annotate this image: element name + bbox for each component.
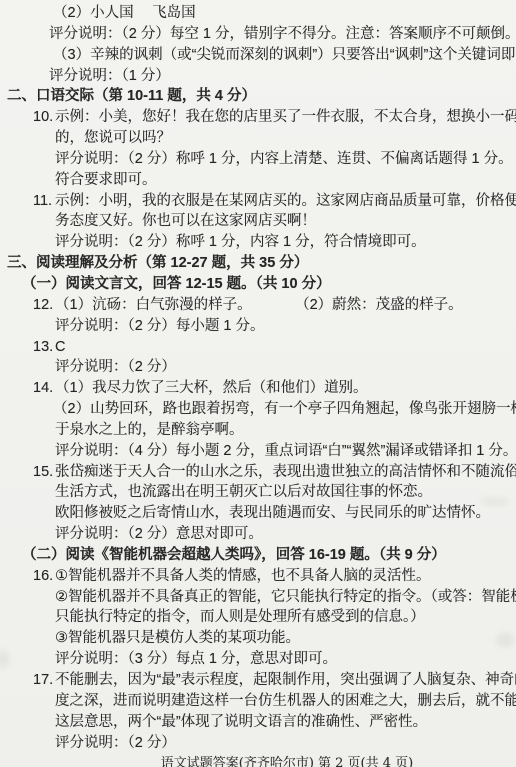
text-line: 评分说明：（2 分）意思对即可。	[0, 524, 516, 545]
item-number: 11.	[33, 191, 52, 212]
line-text: 符合要求即可。	[55, 170, 157, 191]
line-text: 评分说明：（2 分）称呼 1 分，内容上清楚、连贯、不偏离话题得 1 分。	[55, 149, 513, 170]
text-line: 生活方式，也流露出在明王朝灭亡以后对故国往事的怀恋。	[0, 482, 516, 503]
text-line: 10.示例：小美，您好！我在您的店里买了一件衣服，不太合身，想换小一码	[0, 107, 516, 128]
item-number: 16.	[33, 566, 53, 587]
text-line: 评分说明：（1 分）	[0, 66, 516, 87]
text-line: 只能执行特定的指令，而人则是处理所有感受到的信息。）	[0, 607, 516, 628]
line-text: （1）我尽力饮了三大杯，然后（和他们）道别。	[55, 378, 368, 399]
line-text: ③智能机器只是模仿人类的某项功能。	[55, 628, 300, 649]
text-line: 的，您说可以吗？	[0, 128, 516, 149]
scanned-answer-key: { "page": { "lines": [ {"type":"c1","tex…	[0, 0, 516, 767]
text-line: 16.①智能机器并不具备人类的情感，也不具备人脑的灵活性。	[0, 566, 516, 587]
line-text: （2）小人国 飞岛国	[53, 3, 196, 24]
line-text: （一）阅读文言文，回答 12-15 题。（共 10 分）	[22, 274, 331, 295]
text-line: 符合要求即可。	[0, 170, 516, 191]
section-heading: 三、阅读理解及分析（第 12-27 题，共 35 分）	[0, 253, 516, 274]
line-text: 欧阳修被贬之后寄情山水，表现出随遇而安、与民同乐的旷达情怀。	[55, 503, 490, 524]
page-lines: （2）小人国 飞岛国评分说明：（2 分）每空 1 分，错别字不得分。注意：答案顺…	[0, 3, 516, 753]
text-line: 评分说明：（2 分）	[0, 733, 516, 754]
line-text: ①智能机器并不具备人类的情感，也不具备人脑的灵活性。	[55, 566, 431, 587]
line-text: 度之深，进而说明建造这样一台仿生机器人的困难之大，删去后，就不能表达出	[55, 691, 516, 712]
text-line: 评分说明：（2 分）称呼 1 分，内容 1 分，符合情境即可。	[0, 232, 516, 253]
line-text: 评分说明：（2 分）每空 1 分，错别字不得分。注意：答案顺序不可颠倒。	[49, 24, 516, 45]
answer-sheet-page: （2）小人国 飞岛国评分说明：（2 分）每空 1 分，错别字不得分。注意：答案顺…	[0, 0, 516, 767]
scan-smudge	[496, 633, 514, 647]
line-text: （二）阅读《智能机器会超越人类吗》，回答 16-19 题。（共 9 分）	[22, 545, 446, 566]
section-heading: 二、口语交际（第 10-11 题，共 4 分）	[0, 86, 516, 107]
text-line: 评分说明：（4 分）每小题 2 分，重点词语“白”“翼然”漏译或错译扣 1 分。	[0, 441, 516, 462]
line-text: 评分说明：（2 分）称呼 1 分，内容 1 分，符合情境即可。	[55, 232, 426, 253]
line-text: 只能执行特定的指令，而人则是处理所有感受到的信息。）	[55, 607, 425, 628]
line-text: 评分说明：（2 分）	[55, 733, 176, 754]
item-number: 14.	[33, 378, 53, 399]
line-text: 二、口语交际（第 10-11 题，共 4 分）	[7, 86, 256, 107]
line-text: ②智能机器并不具备真正的智能，它只能执行特定的指令。（或答：智能机器人	[55, 587, 516, 608]
line-text: 评分说明：（3 分）每点 1 分，意思对即可。	[55, 649, 337, 670]
text-line: 12.（1）沆砀：白气弥漫的样子。 （2）蔚然：茂盛的样子。	[0, 295, 516, 316]
line-text: （2）山势回环，路也跟着拐弯，有一个亭子四角翘起，像鸟张开翅膀一样，高踞	[53, 399, 516, 420]
line-text: 三、阅读理解及分析（第 12-27 题，共 35 分）	[7, 253, 308, 274]
text-line: 17.不能删去，因为“最”表示程度，起限制作用，突出强调了人脑复杂、神奇的程	[0, 670, 516, 691]
item-number: 12.	[33, 295, 53, 316]
subsection-heading: （一）阅读文言文，回答 12-15 题。（共 10 分）	[0, 274, 516, 295]
text-line: 于泉水之上的，是醉翁亭啊。	[0, 420, 516, 441]
item-number: 15.	[33, 462, 53, 483]
text-line: 评分说明：（2 分）每小题 1 分。	[0, 316, 516, 337]
text-line: （2）山势回环，路也跟着拐弯，有一个亭子四角翘起，像鸟张开翅膀一样，高踞	[0, 399, 516, 420]
line-text: 示例：小明，我的衣服是在某网店买的。这家网店商品质量可靠，价格便宜，服	[55, 191, 516, 212]
line-text: 这层意思，两个“最”体现了说明文语言的准确性、严密性。	[55, 712, 427, 733]
text-line: 评分说明：（2 分）每空 1 分，错别字不得分。注意：答案顺序不可颠倒。	[0, 24, 516, 45]
line-text: 不能删去，因为“最”表示程度，起限制作用，突出强调了人脑复杂、神奇的程	[55, 670, 516, 691]
line-text: 张岱痴迷于天人合一的山水之乐，表现出遗世独立的高洁情怀和不随流俗的	[55, 462, 516, 483]
text-line: 13.C	[0, 337, 516, 358]
line-text: （3）辛辣的讽刺（或“尖锐而深刻的讽刺”）只要答出“讽刺”这个关键词即可。	[53, 45, 516, 66]
footer-text: 语文试题答案(齐齐哈尔市) 第 2 页(共 4 页)	[161, 756, 414, 767]
line-text: （1）沆砀：白气弥漫的样子。 （2）蔚然：茂盛的样子。	[55, 295, 463, 316]
line-text: 评分说明：（4 分）每小题 2 分，重点词语“白”“翼然”漏译或错译扣 1 分。	[55, 441, 516, 462]
text-line: 度之深，进而说明建造这样一台仿生机器人的困难之大，删去后，就不能表达出	[0, 691, 516, 712]
line-text: 评分说明：（2 分）每小题 1 分。	[55, 316, 264, 337]
subsection-heading: （二）阅读《智能机器会超越人类吗》，回答 16-19 题。（共 9 分）	[0, 545, 516, 566]
line-text: 评分说明：（2 分）	[55, 357, 176, 378]
text-line: 这层意思，两个“最”体现了说明文语言的准确性、严密性。	[0, 712, 516, 733]
page-footer: 语文试题答案(齐齐哈尔市) 第 2 页(共 4 页)	[58, 752, 516, 767]
line-text: 示例：小美，您好！我在您的店里买了一件衣服，不太合身，想换小一码	[55, 107, 516, 128]
text-line: （2）小人国 飞岛国	[0, 3, 516, 24]
line-text: 生活方式，也流露出在明王朝灭亡以后对故国往事的怀恋。	[55, 482, 432, 503]
line-text: 评分说明：（1 分）	[49, 66, 170, 87]
text-line: 11.示例：小明，我的衣服是在某网店买的。这家网店商品质量可靠，价格便宜，服	[0, 191, 516, 212]
item-number: 13.	[33, 337, 53, 358]
text-line: 14.（1）我尽力饮了三大杯，然后（和他们）道别。	[0, 378, 516, 399]
line-text: 评分说明：（2 分）意思对即可。	[55, 524, 263, 545]
line-text: 的，您说可以吗？	[55, 128, 171, 149]
text-line: 评分说明：（2 分）称呼 1 分，内容上清楚、连贯、不偏离话题得 1 分。	[0, 149, 516, 170]
text-line: 评分说明：（3 分）每点 1 分，意思对即可。	[0, 649, 516, 670]
item-number: 10.	[33, 107, 53, 128]
line-text: 务态度又好。你也可以在这家网店买啊！	[55, 211, 316, 232]
text-line: （3）辛辣的讽刺（或“尖锐而深刻的讽刺”）只要答出“讽刺”这个关键词即可。	[0, 45, 516, 66]
text-line: ③智能机器只是模仿人类的某项功能。	[0, 628, 516, 649]
item-number: 17.	[33, 670, 53, 691]
line-text: C	[55, 337, 65, 358]
text-line: ②智能机器并不具备真正的智能，它只能执行特定的指令。（或答：智能机器人	[0, 587, 516, 608]
text-line: 务态度又好。你也可以在这家网店买啊！	[0, 211, 516, 232]
line-text: 于泉水之上的，是醉翁亭啊。	[55, 420, 244, 441]
text-line: 评分说明：（2 分）	[0, 357, 516, 378]
text-line: 欧阳修被贬之后寄情山水，表现出随遇而安、与民同乐的旷达情怀。	[0, 503, 516, 524]
scan-smudge	[480, 497, 510, 506]
text-line: 15.张岱痴迷于天人合一的山水之乐，表现出遗世独立的高洁情怀和不随流俗的	[0, 462, 516, 483]
